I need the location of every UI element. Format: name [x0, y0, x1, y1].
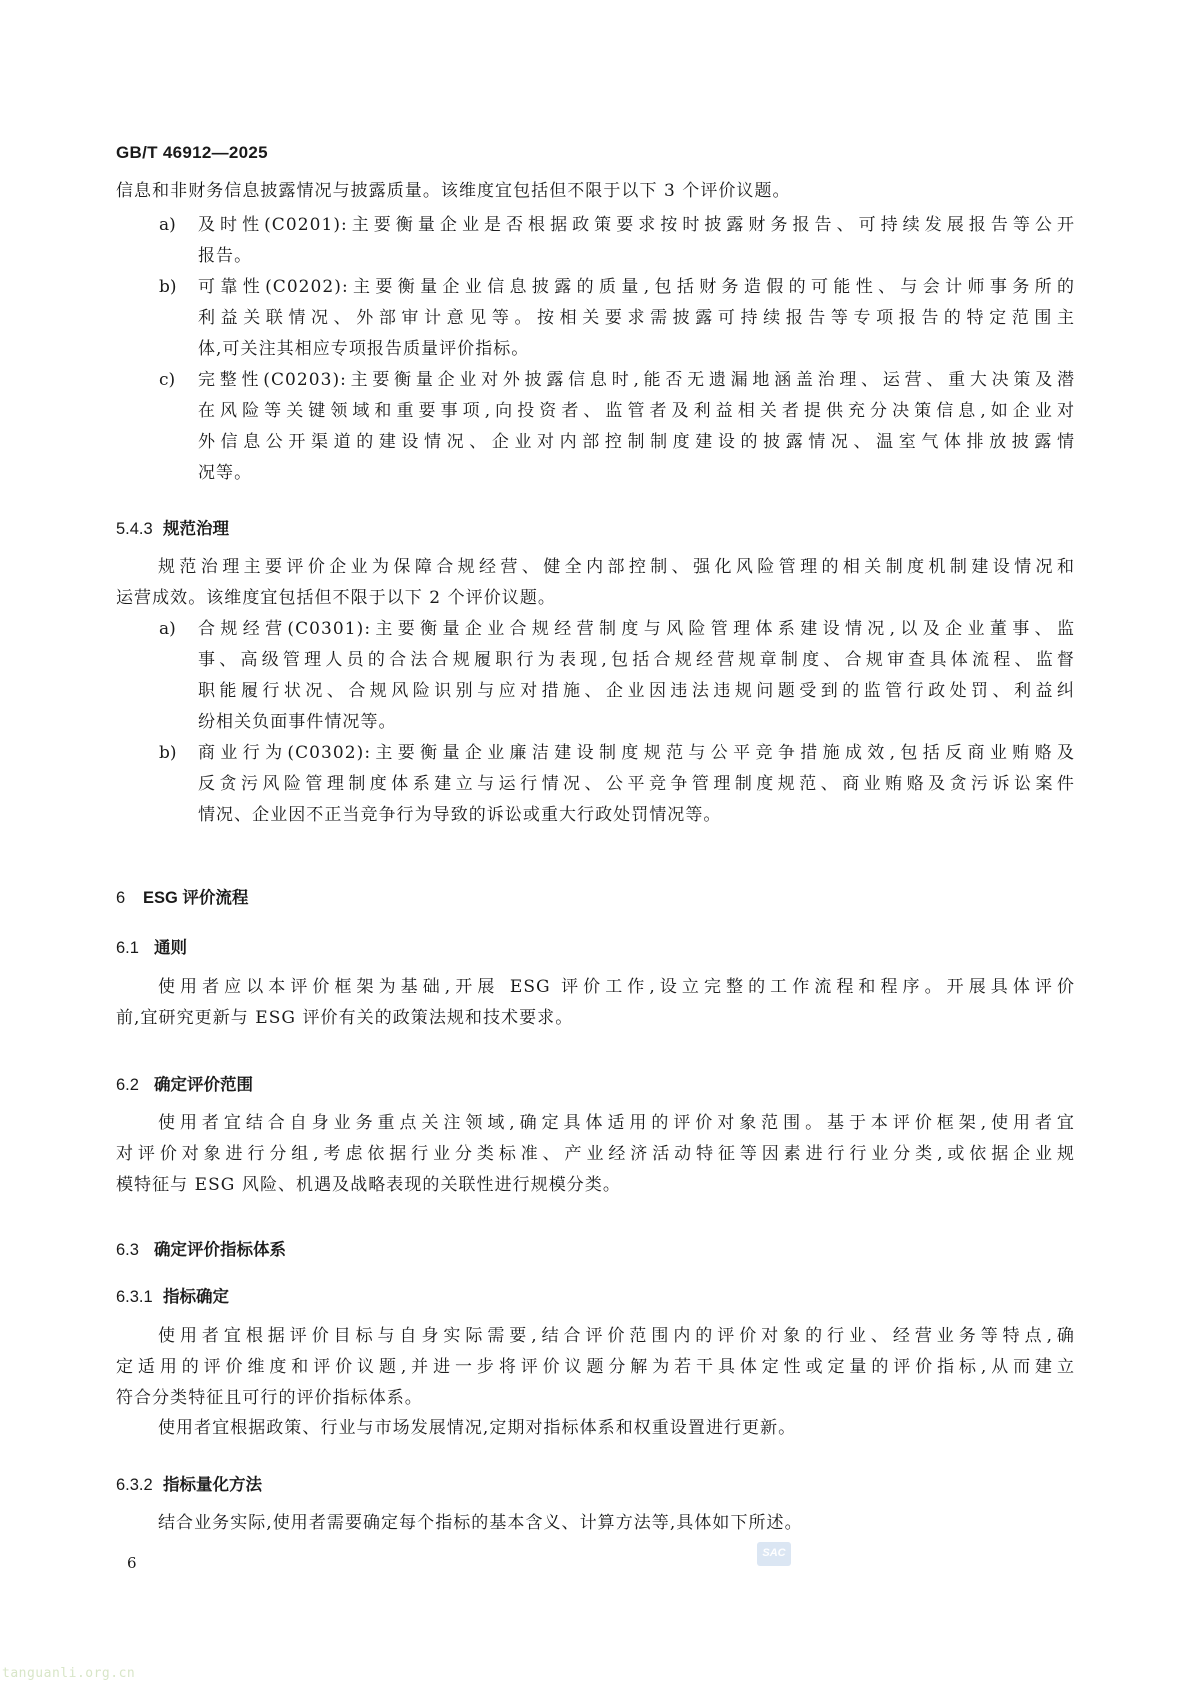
paragraph-line: 对评价对象进行分组,考虑依据行业分类标准、产业经济活动特征等因素进行行业分类,或…: [116, 1144, 1075, 1164]
section-title: 确定评价指标体系: [154, 1241, 286, 1259]
list-marker: a): [159, 619, 176, 639]
list-item-line: 商业行为(C0302):主要衡量企业廉洁建设制度规范与公平竞争措施成效,包括反商…: [198, 743, 1075, 763]
section-number: 6.3.1: [116, 1288, 163, 1307]
paragraph-line: 模特征与 ESG 风险、机遇及战略表现的关联性进行规模分类。: [116, 1175, 621, 1195]
section-heading-5-4-3: 5.4.3规范治理: [116, 515, 229, 539]
paragraph-line: 运营成效。该维度宜包括但不限于以下 2 个评价议题。: [116, 588, 556, 608]
list-item-line: 职能履行状况、合规风险识别与应对措施、企业因违法违规问题受到的监管行政处罚、利益…: [198, 681, 1075, 701]
section-title: 指标量化方法: [163, 1476, 262, 1494]
list-item-line: 在风险等关键领域和重要事项,向投资者、监管者及利益相关者提供充分决策信息,如企业…: [198, 401, 1075, 421]
section-title: 确定评价范围: [154, 1076, 253, 1094]
section-number: 5.4.3: [116, 520, 163, 539]
section-title: 指标确定: [163, 1288, 229, 1306]
section-number: 6.1: [116, 939, 154, 958]
section-number: 6.2: [116, 1076, 154, 1095]
section-number: 6.3: [116, 1241, 154, 1260]
list-item-line: 纷相关负面事件情况等。: [198, 712, 397, 732]
list-item-line: 体,可关注其相应专项报告质量评价指标。: [198, 339, 529, 359]
sac-stamp-icon: SAC: [757, 1542, 791, 1566]
section-heading-6-3: 6.3确定评价指标体系: [116, 1236, 286, 1260]
paragraph-line: 结合业务实际,使用者需要确定每个指标的基本含义、计算方法等,具体如下所述。: [158, 1513, 803, 1533]
paragraph-line: 规范治理主要评价企业为保障合规经营、健全内部控制、强化风险管理的相关制度机制建设…: [158, 557, 1075, 577]
watermark: tanguanli.org.cn: [2, 1666, 135, 1681]
section-number: 6.3.2: [116, 1476, 163, 1495]
list-item-line: 况等。: [198, 463, 252, 483]
list-item-line: 完整性(C0203):主要衡量企业对外披露信息时,能否无遗漏地涵盖治理、运营、重…: [198, 370, 1075, 390]
section-title: ESG 评价流程: [143, 889, 248, 907]
paragraph-line: 使用者应以本评价框架为基础,开展 ESG 评价工作,设立完整的工作流程和程序。开…: [158, 977, 1075, 997]
section-heading-6-3-1: 6.3.1指标确定: [116, 1283, 229, 1307]
list-marker: a): [159, 215, 176, 235]
paragraph-line: 使用者宜根据政策、行业与市场发展情况,定期对指标体系和权重设置进行更新。: [158, 1418, 796, 1438]
list-item-line: 反贪污风险管理制度体系建立与运行情况、公平竞争管理制度规范、商业贿赂及贪污诉讼案…: [198, 774, 1075, 794]
list-item-line: 利益关联情况、外部审计意见等。按相关要求需披露可持续报告等专项报告的特定范围主: [198, 308, 1075, 328]
section-heading-6-3-2: 6.3.2指标量化方法: [116, 1471, 262, 1495]
list-item-line: 可靠性(C0202):主要衡量企业信息披露的质量,包括财务造假的可能性、与会计师…: [198, 277, 1075, 297]
paragraph-line: 使用者宜结合自身业务重点关注领域,确定具体适用的评价对象范围。基于本评价框架,使…: [158, 1113, 1075, 1133]
paragraph-line: 使用者宜根据评价目标与自身实际需要,结合评价范围内的评价对象的行业、经营业务等特…: [158, 1326, 1075, 1346]
chapter-heading-6: 6ESG 评价流程: [116, 884, 248, 908]
paragraph-line: 定适用的评价维度和评价议题,并进一步将评价议题分解为若干具体定性或定量的评价指标…: [116, 1357, 1075, 1377]
paragraph-line: 前,宜研究更新与 ESG 评价有关的政策法规和技术要求。: [116, 1008, 573, 1028]
list-item-line: 情况、企业因不正当竞争行为导致的诉讼或重大行政处罚情况等。: [198, 805, 721, 825]
list-marker: b): [159, 277, 177, 297]
list-marker: c): [159, 370, 175, 390]
list-marker: b): [159, 743, 177, 763]
paragraph-line: 符合分类特征且可行的评价指标体系。: [116, 1388, 423, 1408]
list-item-line: 合规经营(C0301):主要衡量企业合规经营制度与风险管理体系建设情况,以及企业…: [198, 619, 1075, 639]
section-title: 通则: [154, 939, 187, 957]
section-number: 6: [116, 889, 143, 908]
section-heading-6-2: 6.2确定评价范围: [116, 1071, 253, 1095]
paragraph-line: 信息和非财务信息披露情况与披露质量。该维度宜包括但不限于以下 3 个评价议题。: [116, 181, 791, 201]
page-number: 6: [127, 1554, 137, 1572]
list-item-line: 外信息公开渠道的建设情况、企业对内部控制制度建设的披露情况、温室气体排放披露情: [198, 432, 1075, 452]
list-item-line: 及时性(C0201):主要衡量企业是否根据政策要求按时披露财务报告、可持续发展报…: [198, 215, 1075, 235]
section-heading-6-1: 6.1通则: [116, 934, 187, 958]
section-title: 规范治理: [163, 520, 229, 538]
standard-code: GB/T 46912—2025: [116, 143, 268, 163]
document-page: GB/T 46912—2025 信息和非财务信息披露情况与披露质量。该维度宜包括…: [0, 0, 1190, 1684]
list-item-line: 事、高级管理人员的合法合规履职行为表现,包括合规经营规章制度、合规审查具体流程、…: [198, 650, 1075, 670]
list-item-line: 报告。: [198, 246, 252, 266]
